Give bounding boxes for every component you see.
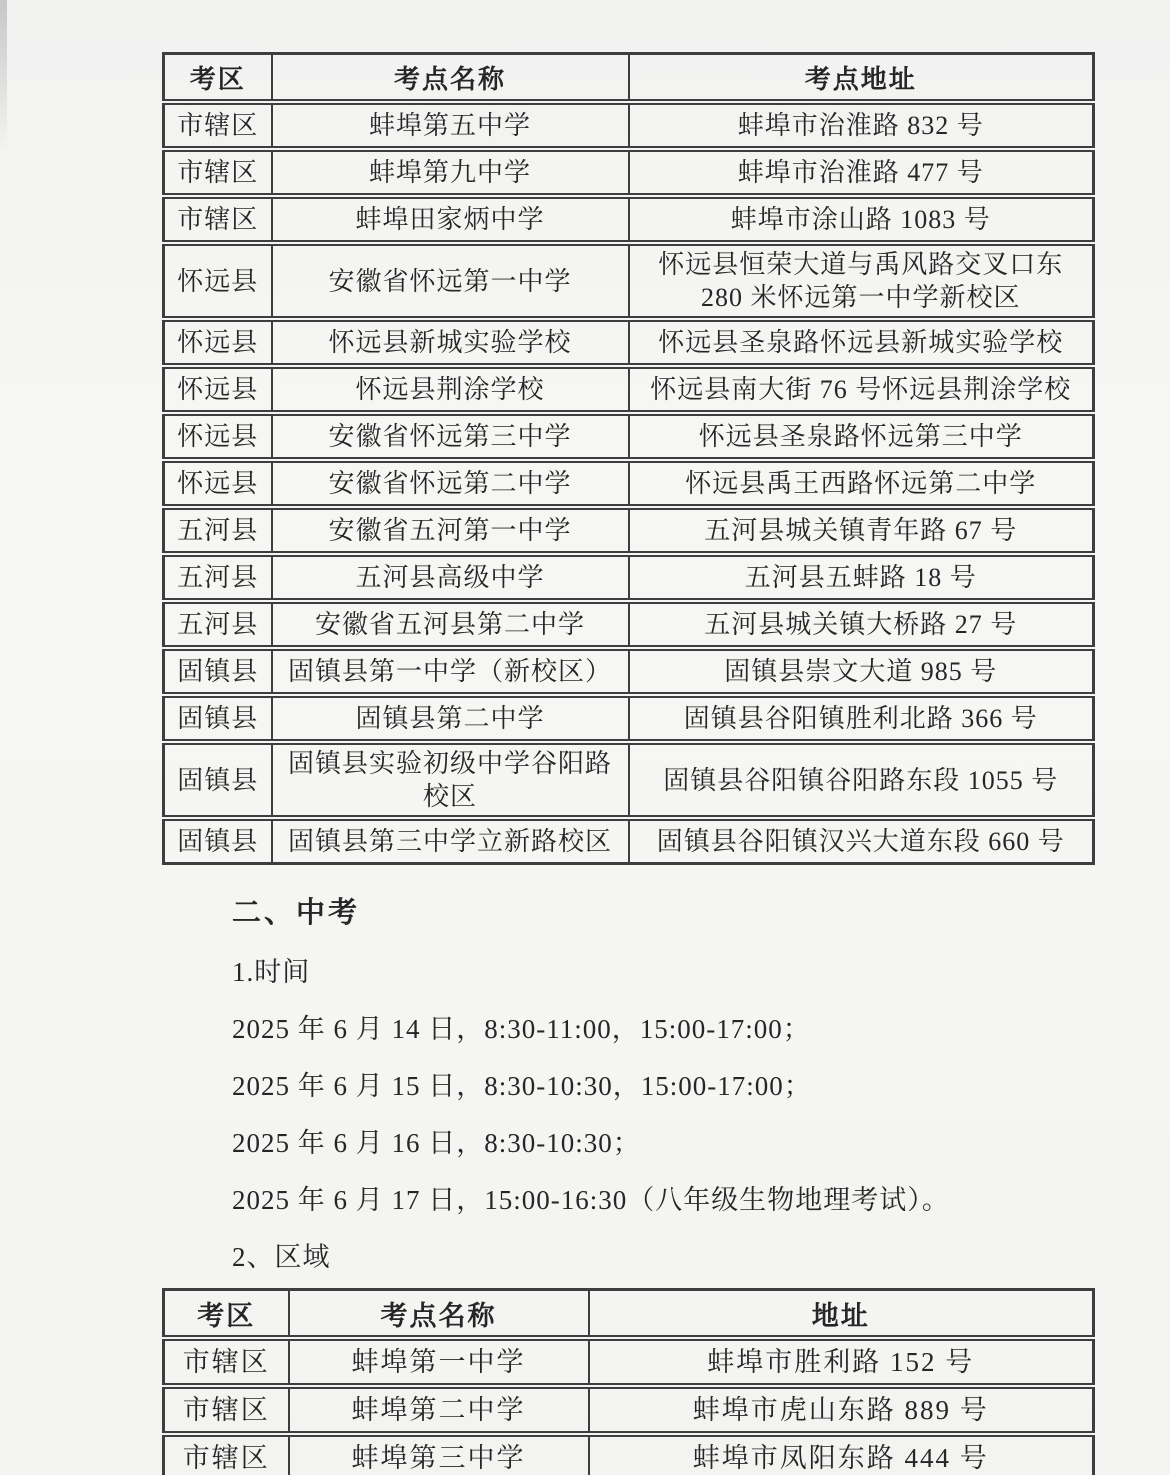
table-row: 怀远县 怀远县新城实验学校 怀远县圣泉路怀远县新城实验学校 [164,319,1094,366]
district-cell: 五河县 [164,601,272,648]
district-cell: 怀远县 [164,366,272,413]
district-cell: 五河县 [164,507,272,554]
site-name-cell: 固镇县第二中学 [272,695,629,742]
site-name-cell: 蚌埠第三中学 [289,1434,589,1475]
district-cell: 市辖区 [164,102,272,149]
table-row: 市辖区 蚌埠第二中学 蚌埠市虎山东路 889 号 [164,1386,1094,1434]
district-cell: 市辖区 [164,1434,289,1475]
district-cell: 市辖区 [164,196,272,243]
site-name-cell: 蚌埠第一中学 [289,1338,589,1386]
district-cell: 怀远县 [164,319,272,366]
column-header-site-name: 考点名称 [272,54,629,103]
column-header-address: 地址 [589,1290,1094,1339]
site-name-cell: 安徽省怀远第一中学 [272,243,629,319]
section-heading: 二、中考 [232,890,1092,931]
site-name-cell: 固镇县第一中学（新校区） [272,648,629,695]
site-address-cell: 蚌埠市治淮路 477 号 [629,149,1094,196]
table-row: 市辖区 蚌埠第九中学 蚌埠市治淮路 477 号 [164,149,1094,196]
district-cell: 怀远县 [164,413,272,460]
column-header-site-name: 考点名称 [289,1290,589,1339]
subsection-region-label: 2、区域 [232,1241,1092,1273]
table-row: 市辖区 蚌埠田家炳中学 蚌埠市涂山路 1083 号 [164,196,1094,243]
site-address-cell: 怀远县恒荣大道与禹风路交叉口东 280 米怀远第一中学新校区 [629,243,1094,319]
district-cell: 市辖区 [164,1386,289,1434]
site-name-cell: 蚌埠第二中学 [289,1386,589,1434]
district-cell: 怀远县 [164,460,272,507]
subsection-time-label: 1.时间 [232,956,1092,988]
site-name-cell: 蚌埠第九中学 [272,149,629,196]
site-name-cell: 怀远县荆涂学校 [272,366,629,413]
site-address-cell: 固镇县谷阳镇谷阳路东段 1055 号 [629,742,1094,818]
table-row: 怀远县 安徽省怀远第二中学 怀远县禹王西路怀远第二中学 [164,460,1094,507]
site-address-cell: 五河县五蚌路 18 号 [629,554,1094,601]
table-row: 市辖区 蚌埠第五中学 蚌埠市治淮路 832 号 [164,102,1094,149]
site-address-cell: 固镇县谷阳镇汉兴大道东段 660 号 [629,818,1094,864]
column-header-district: 考区 [164,54,272,103]
document-page: 考区 考点名称 考点地址 市辖区 蚌埠第五中学 蚌埠市治淮路 832 号 市辖区… [0,0,1170,1475]
site-name-cell: 固镇县第三中学立新路校区 [272,818,629,864]
site-address-cell: 五河县城关镇青年路 67 号 [629,507,1094,554]
site-address-cell: 蚌埠市治淮路 832 号 [629,102,1094,149]
site-address-cell: 怀远县圣泉路怀远第三中学 [629,413,1094,460]
table-header-row: 考区 考点名称 考点地址 [164,54,1094,103]
district-cell: 固镇县 [164,695,272,742]
site-name-cell: 五河县高级中学 [272,554,629,601]
site-address-cell: 蚌埠市虎山东路 889 号 [589,1386,1094,1434]
site-address-cell: 怀远县南大街 76 号怀远县荆涂学校 [629,366,1094,413]
exam-time-line: 2025 年 6 月 17 日，15:00-16:30（八年级生物地理考试）。 [232,1184,1092,1216]
district-cell: 市辖区 [164,1338,289,1386]
column-header-district: 考区 [164,1290,289,1339]
site-address-cell: 固镇县崇文大道 985 号 [629,648,1094,695]
table-row: 市辖区 蚌埠第一中学 蚌埠市胜利路 152 号 [164,1338,1094,1386]
table-row: 五河县 五河县高级中学 五河县五蚌路 18 号 [164,554,1094,601]
site-address-cell: 怀远县圣泉路怀远县新城实验学校 [629,319,1094,366]
district-cell: 固镇县 [164,818,272,864]
table-row: 五河县 安徽省五河第一中学 五河县城关镇青年路 67 号 [164,507,1094,554]
exam-time-line: 2025 年 6 月 15 日，8:30-10:30，15:00-17:00； [232,1070,1092,1102]
district-cell: 固镇县 [164,648,272,695]
gaokao-exam-sites-table: 考区 考点名称 考点地址 市辖区 蚌埠第五中学 蚌埠市治淮路 832 号 市辖区… [162,52,1095,865]
site-name-cell: 安徽省怀远第二中学 [272,460,629,507]
site-address-cell: 怀远县禹王西路怀远第二中学 [629,460,1094,507]
document-content: 考区 考点名称 考点地址 市辖区 蚌埠第五中学 蚌埠市治淮路 832 号 市辖区… [0,0,1170,1475]
site-address-cell: 蚌埠市涂山路 1083 号 [629,196,1094,243]
site-name-cell: 安徽省五河第一中学 [272,507,629,554]
district-cell: 市辖区 [164,149,272,196]
district-cell: 五河县 [164,554,272,601]
zhongkao-exam-sites-table: 考区 考点名称 地址 市辖区 蚌埠第一中学 蚌埠市胜利路 152 号 市辖区 蚌… [162,1288,1095,1475]
exam-time-line: 2025 年 6 月 16 日，8:30-10:30； [232,1127,1092,1159]
site-address-cell: 固镇县谷阳镇胜利北路 366 号 [629,695,1094,742]
table-row: 固镇县 固镇县实验初级中学谷阳路校区 固镇县谷阳镇谷阳路东段 1055 号 [164,742,1094,818]
column-header-site-address: 考点地址 [629,54,1094,103]
table-header-row: 考区 考点名称 地址 [164,1290,1094,1339]
district-cell: 固镇县 [164,742,272,818]
site-name-cell: 安徽省五河县第二中学 [272,601,629,648]
table-row: 固镇县 固镇县第三中学立新路校区 固镇县谷阳镇汉兴大道东段 660 号 [164,818,1094,864]
site-name-cell: 怀远县新城实验学校 [272,319,629,366]
table-row: 五河县 安徽省五河县第二中学 五河县城关镇大桥路 27 号 [164,601,1094,648]
district-cell: 怀远县 [164,243,272,319]
table-row: 固镇县 固镇县第一中学（新校区） 固镇县崇文大道 985 号 [164,648,1094,695]
site-name-cell: 安徽省怀远第三中学 [272,413,629,460]
table-row: 怀远县 安徽省怀远第三中学 怀远县圣泉路怀远第三中学 [164,413,1094,460]
site-address-cell: 蚌埠市胜利路 152 号 [589,1338,1094,1386]
exam-time-line: 2025 年 6 月 14 日，8:30-11:00，15:00-17:00； [232,1013,1092,1045]
table-row: 市辖区 蚌埠第三中学 蚌埠市凤阳东路 444 号 [164,1434,1094,1475]
site-name-cell: 固镇县实验初级中学谷阳路校区 [272,742,629,818]
site-address-cell: 五河县城关镇大桥路 27 号 [629,601,1094,648]
table-row: 固镇县 固镇县第二中学 固镇县谷阳镇胜利北路 366 号 [164,695,1094,742]
scan-edge-artifact [0,0,7,150]
site-name-cell: 蚌埠田家炳中学 [272,196,629,243]
table-row: 怀远县 安徽省怀远第一中学 怀远县恒荣大道与禹风路交叉口东 280 米怀远第一中… [164,243,1094,319]
site-address-cell: 蚌埠市凤阳东路 444 号 [589,1434,1094,1475]
zhongkao-section: 二、中考 1.时间 2025 年 6 月 14 日，8:30-11:00，15:… [232,890,1092,1273]
site-name-cell: 蚌埠第五中学 [272,102,629,149]
table-row: 怀远县 怀远县荆涂学校 怀远县南大街 76 号怀远县荆涂学校 [164,366,1094,413]
